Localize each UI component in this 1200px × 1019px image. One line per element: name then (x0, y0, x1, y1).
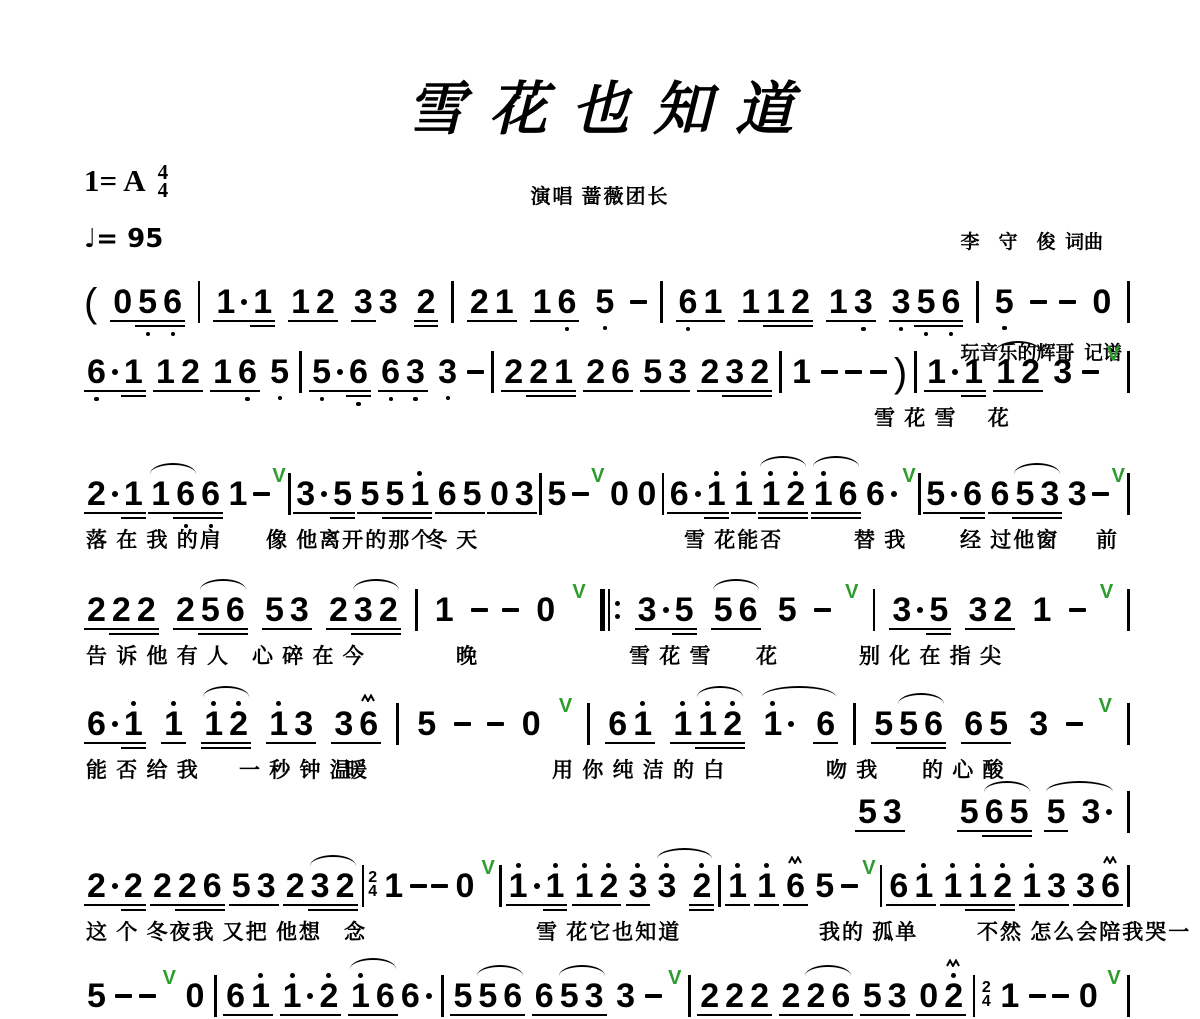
dash-rest (139, 994, 156, 999)
beam-line (213, 320, 238, 322)
beam-line (223, 628, 248, 630)
beam-line (608, 390, 633, 392)
beam-line (813, 742, 838, 744)
dash-rest (645, 994, 662, 999)
beam-group: 556 (871, 704, 946, 744)
beam-group: 53 (855, 792, 905, 832)
breath-mark: V (1107, 343, 1120, 366)
beam-line (235, 390, 260, 392)
note: 2 (121, 866, 146, 906)
beam-line (896, 747, 921, 749)
note: 1 (280, 976, 305, 1016)
dot-icon (426, 993, 432, 999)
beam-group: 222 (84, 590, 159, 630)
beam-line (500, 1014, 525, 1016)
note: 2 (779, 976, 804, 1016)
note: 2 (501, 352, 526, 392)
beam-group: 16 (210, 352, 260, 392)
beam-group: 13 (266, 704, 316, 744)
high-octave-dot (1000, 863, 1005, 868)
slur-group: 65 (982, 792, 1032, 832)
note: 3 (1026, 704, 1051, 744)
beam-line (965, 904, 990, 906)
lyric-segment: 冬 天 (426, 524, 479, 554)
high-octave-dot (699, 863, 704, 868)
note: 3 (965, 590, 990, 630)
beam-line (720, 742, 745, 744)
mordent-icon (361, 691, 377, 699)
high-octave-dot (821, 471, 826, 476)
notation-row: 22226532322410V11123321165V611121336 (84, 866, 1130, 906)
low-octave-dot (686, 327, 690, 331)
note: 6 (828, 976, 853, 1016)
note: 1 (695, 704, 720, 744)
beam-line (308, 904, 333, 906)
meter-change: 24 (982, 981, 991, 1009)
low-octave-dot (413, 397, 417, 401)
beam-line (689, 909, 714, 911)
slur-group: 16 (811, 474, 861, 514)
note: 3 (880, 792, 905, 832)
beam-line (676, 320, 701, 322)
barline (873, 589, 876, 631)
dash-rest (630, 300, 647, 305)
breath-mark: V (272, 465, 285, 488)
beam-line (376, 628, 401, 630)
beam-group: 222 (697, 976, 772, 1016)
sheet-music-page: 雪花也知道 演唱 蔷薇团长 李 守 俊 词曲 玩音乐的辉哥 记谱 1= A 4 … (0, 0, 1200, 1019)
beam-line (672, 633, 697, 635)
note: 2 (783, 474, 808, 514)
barline (1127, 351, 1130, 393)
beam-group: 1 (161, 704, 186, 744)
beam-line (660, 628, 672, 630)
beam-line (109, 904, 121, 906)
beam-line (316, 1014, 341, 1016)
note: 2 (84, 866, 109, 906)
note: 3 (331, 704, 356, 744)
beam-line (173, 512, 198, 514)
barline (718, 865, 721, 907)
note: 2 (414, 282, 439, 322)
note: 5 (896, 704, 921, 744)
note: 1 (506, 866, 531, 906)
note: 3 (889, 282, 914, 322)
beam-line (990, 628, 1015, 630)
barline (660, 281, 663, 323)
beam-line (1044, 904, 1069, 906)
barline (214, 975, 217, 1017)
beam-group: 3 (435, 352, 460, 392)
note: 6 (84, 352, 109, 392)
beam-group: 112 (738, 282, 813, 322)
lyric-segment: 别 化 在 指 尖 (859, 640, 1003, 670)
beam-line (961, 395, 986, 397)
note: 6 (373, 976, 398, 1016)
beam-group: 12 (153, 352, 203, 392)
beam-line (330, 512, 355, 514)
note: 1 (670, 704, 695, 744)
beam-group: 36 (331, 704, 381, 744)
note: 5 (382, 474, 407, 514)
beam-line (914, 325, 939, 327)
meter-change-bottom: 4 (982, 995, 991, 1009)
key-signature: 1= A 4 4 (84, 163, 168, 199)
beam-line (582, 1014, 607, 1016)
beam-group: 056 (110, 282, 185, 322)
beam-group: 11 (213, 282, 275, 322)
beam-line (531, 904, 543, 906)
beam-group: 61 (84, 704, 146, 744)
beam-line (382, 517, 407, 519)
augmentation-dot (109, 866, 121, 906)
dash-rest (1052, 994, 1069, 999)
high-octave-dot (326, 973, 331, 978)
beam-line (512, 512, 537, 514)
slur-arc-icon (203, 686, 249, 697)
lyrics-row: 落 在 我 的肩像 他离开的那个冬 天雪 花能否替 我经 过他窗前 (84, 524, 1130, 550)
high-octave-dot (258, 973, 263, 978)
note: 1 (153, 352, 178, 392)
beam-group: 02 (916, 976, 966, 1016)
note: 2 (84, 474, 109, 514)
note: 6 (84, 704, 109, 744)
note: 2 (173, 590, 198, 630)
mordent-icon (788, 853, 804, 861)
note: 1 (381, 866, 406, 906)
high-octave-dot (680, 701, 685, 706)
beam-group: 56 (309, 352, 371, 392)
note: 2 (788, 282, 813, 322)
beam-line (965, 909, 990, 911)
note: 2 (720, 704, 745, 744)
beam-line (885, 1014, 910, 1016)
dot-icon (241, 299, 247, 305)
beam-line (926, 633, 951, 635)
beam-line (551, 390, 576, 392)
beam-group: 3 (1065, 474, 1090, 514)
beam-group: 6 (863, 474, 900, 514)
beam-line (986, 742, 1011, 744)
score-area: (056111233221165611121335650611216556633… (0, 282, 1200, 1016)
low-octave-dot (949, 332, 953, 336)
beam-line (326, 628, 351, 630)
beam-line (148, 512, 173, 514)
note: 1 (572, 866, 597, 906)
note: 3 (1065, 474, 1090, 514)
low-octave-dot (146, 332, 150, 336)
note: 5 (450, 976, 475, 1016)
beam-group: 35 (293, 474, 355, 514)
beam-group: 61 (667, 474, 729, 514)
beam-line (836, 512, 861, 514)
beam-line (747, 1014, 772, 1016)
beam-group: 6 (783, 866, 808, 906)
note: 5 (557, 976, 582, 1016)
note: 2 (333, 866, 358, 906)
beam-line (747, 395, 772, 397)
note: 5 (711, 590, 736, 630)
beam-line (407, 512, 432, 514)
beam-line (333, 909, 358, 911)
beam-line (238, 320, 250, 322)
low-octave-dot (245, 397, 249, 401)
low-octave-dot (278, 396, 282, 400)
beam-line (161, 742, 186, 744)
lyrics-row: 告 诉 他 有 人心 碎 在 今晚雪 花 雪花别 化 在 指 尖 (84, 640, 1130, 666)
beam-line (940, 904, 965, 906)
beam-line (957, 830, 982, 832)
barline (499, 865, 502, 907)
note: 1 (704, 474, 729, 514)
beam-line (160, 320, 185, 322)
note: 1 (288, 282, 313, 322)
barline (1127, 589, 1130, 631)
note: 1 (738, 282, 763, 322)
slur-arc-icon (559, 965, 605, 976)
dot-icon (112, 883, 118, 889)
note: 5 (640, 352, 665, 392)
barline (198, 281, 201, 323)
note: 1 (226, 474, 251, 514)
lyric-segment: 能 否 给 我 (86, 754, 200, 784)
beam-line (697, 390, 722, 392)
slur-group: 53 (1012, 474, 1062, 514)
beam-line (334, 390, 346, 392)
lyric-segment: 心 碎 在 今 (252, 640, 366, 670)
barline (362, 865, 365, 907)
beam-line (532, 1014, 557, 1016)
beam-group: 56 (923, 474, 985, 514)
beam-group: 03 (487, 474, 537, 514)
barline (288, 473, 291, 515)
breath-mark: V (1112, 465, 1125, 488)
beam-line (948, 512, 960, 514)
beam-line (667, 512, 692, 514)
high-octave-dot (290, 973, 295, 978)
beam-line (961, 742, 986, 744)
note: 5 (414, 704, 439, 744)
decoration (615, 601, 620, 606)
note: 1 (826, 282, 851, 322)
note: 5 (775, 590, 800, 630)
beam-line (198, 512, 223, 514)
beam-group: 226 (150, 866, 225, 906)
beam-group: 0 (519, 704, 544, 744)
beam-line (704, 517, 729, 519)
dash-rest (1082, 370, 1099, 375)
high-octave-dot (606, 863, 611, 868)
beam-line (635, 628, 660, 630)
beam-group: 232 (697, 352, 772, 392)
beam-line (803, 1014, 828, 1016)
beam-line (403, 390, 428, 392)
beam-line (201, 747, 226, 749)
beam-line (382, 512, 407, 514)
beam-group: 0 (452, 866, 477, 906)
high-octave-dot (131, 701, 136, 706)
note: 1 (248, 976, 273, 1016)
high-octave-dot (730, 701, 735, 706)
beam-group: 12 (572, 866, 622, 906)
beam-group: 33 (351, 282, 401, 322)
beam-line (526, 390, 551, 392)
note: 6 (608, 352, 633, 392)
lyric-segment: 不然 怎么会陪我哭一 (977, 916, 1191, 946)
beam-line (487, 512, 512, 514)
note: 1 (940, 866, 965, 906)
beam-line (200, 909, 225, 911)
lyric-segment: 暖 (346, 754, 369, 784)
beam-line (351, 320, 376, 322)
beam-group: 21 (84, 474, 146, 514)
note: 5 (135, 282, 160, 322)
beam-line (178, 390, 203, 392)
beam-line (725, 904, 750, 906)
augmentation-dot (531, 866, 543, 906)
beam-line (921, 742, 946, 744)
beam-line (198, 517, 223, 519)
barline (976, 281, 979, 323)
beam-line (330, 517, 355, 519)
beam-line (450, 1014, 475, 1016)
note: 5 (1044, 792, 1069, 832)
barline (587, 703, 590, 745)
breath-mark: V (1099, 695, 1112, 718)
beam-line (200, 904, 225, 906)
note: 3 (291, 704, 316, 744)
augmentation-dot (109, 352, 121, 392)
beam-group: 221 (501, 352, 576, 392)
beam-line (1019, 904, 1044, 906)
note: 6 (500, 976, 525, 1016)
beam-line (722, 395, 747, 397)
note: 3 (1050, 352, 1075, 392)
beam-line (960, 512, 985, 514)
note: 3 (254, 866, 279, 906)
dot-icon (321, 491, 327, 497)
beam-line (738, 320, 763, 322)
beam-line (291, 742, 316, 744)
beam-line (665, 390, 690, 392)
slur-arc-icon (477, 965, 523, 976)
augmentation-dot (109, 474, 121, 514)
beam-line (109, 742, 121, 744)
low-octave-dot (565, 327, 569, 331)
beam-line (435, 512, 460, 514)
beam-line (763, 320, 788, 322)
beam-group: 1 (1030, 590, 1055, 630)
note: 5 (986, 704, 1011, 744)
dash-rest (1030, 300, 1047, 305)
beam-line (700, 320, 725, 322)
beam-group: 5 (592, 282, 617, 322)
lyric-segment: 这 个 冬夜我 又把 他想 (86, 916, 322, 946)
barline (973, 975, 976, 1017)
barline (491, 351, 494, 393)
beam-group: 65 (435, 474, 485, 514)
beam-group: 653 (988, 474, 1063, 514)
beam-line (121, 395, 146, 397)
system-6: 5356553 (84, 792, 1130, 832)
beam-line (555, 320, 580, 322)
slur-arc-icon (1046, 781, 1114, 792)
note: 6 (398, 976, 423, 1016)
note: 6 (160, 282, 185, 322)
note: 6 (223, 590, 248, 630)
beam-group: 61 (223, 976, 273, 1016)
dash-rest (845, 370, 862, 375)
slur-group: 16 (760, 704, 838, 744)
augmentation-dot (1103, 792, 1115, 832)
slur-group: 53 (1044, 792, 1116, 832)
barline (1127, 791, 1130, 833)
beam-line (1018, 390, 1043, 392)
note: 5 (914, 282, 939, 322)
note: 1 (700, 282, 725, 322)
note: 1 (763, 282, 788, 322)
beam-line (736, 628, 761, 630)
beam-line (1012, 512, 1037, 514)
note: 3 (512, 474, 537, 514)
beam-group: 5 (414, 704, 439, 744)
lyrics-row: 雪 花 雪 花 (84, 402, 1130, 428)
beam-line (121, 390, 146, 392)
beam-line (110, 320, 135, 322)
low-octave-dot (861, 327, 865, 331)
beam-group: 53 (640, 352, 690, 392)
beam-line (1007, 835, 1032, 837)
high-octave-dot (793, 471, 798, 476)
lyric-segment: 念 (344, 916, 367, 946)
beam-group: 3 (1026, 704, 1051, 744)
beam-group: 13 (1019, 866, 1069, 906)
lyrics-row: 这 个 冬夜我 又把 他想念雪 花它也知道我的 孤单不然 怎么会陪我哭一 (84, 916, 1130, 942)
beam-group: 61 (886, 866, 936, 906)
beam-line (557, 1014, 582, 1016)
breath-mark: V (862, 857, 875, 880)
beam-group: 53 (262, 590, 312, 630)
beam-line (135, 320, 160, 322)
dash-rest (115, 994, 132, 999)
beam-line (308, 909, 333, 911)
beam-line (351, 633, 376, 635)
high-octave-dot (582, 863, 587, 868)
note: 6 (223, 976, 248, 1016)
dash-rest (572, 492, 589, 497)
parenthesis: ( (84, 282, 97, 322)
augmentation-dot (334, 352, 346, 392)
beam-group: 112 (940, 866, 1015, 906)
time-signature-bottom: 4 (158, 181, 169, 199)
beam-line (121, 909, 146, 911)
note: 1 (266, 704, 291, 744)
note: 6 (200, 866, 225, 906)
slur-arc-icon (657, 848, 713, 859)
high-octave-dot (764, 863, 769, 868)
note: 5 (812, 866, 837, 906)
beam-group: 0 (634, 474, 659, 514)
beam-group: 356 (889, 282, 964, 322)
beam-group: 21 (467, 282, 517, 322)
beam-line (378, 390, 403, 392)
note: 2 (803, 976, 828, 1016)
barline (918, 473, 921, 515)
beam-line (889, 628, 914, 630)
note: 5 (1012, 474, 1037, 514)
augmentation-dot (423, 976, 435, 1016)
dot-icon (112, 721, 118, 727)
